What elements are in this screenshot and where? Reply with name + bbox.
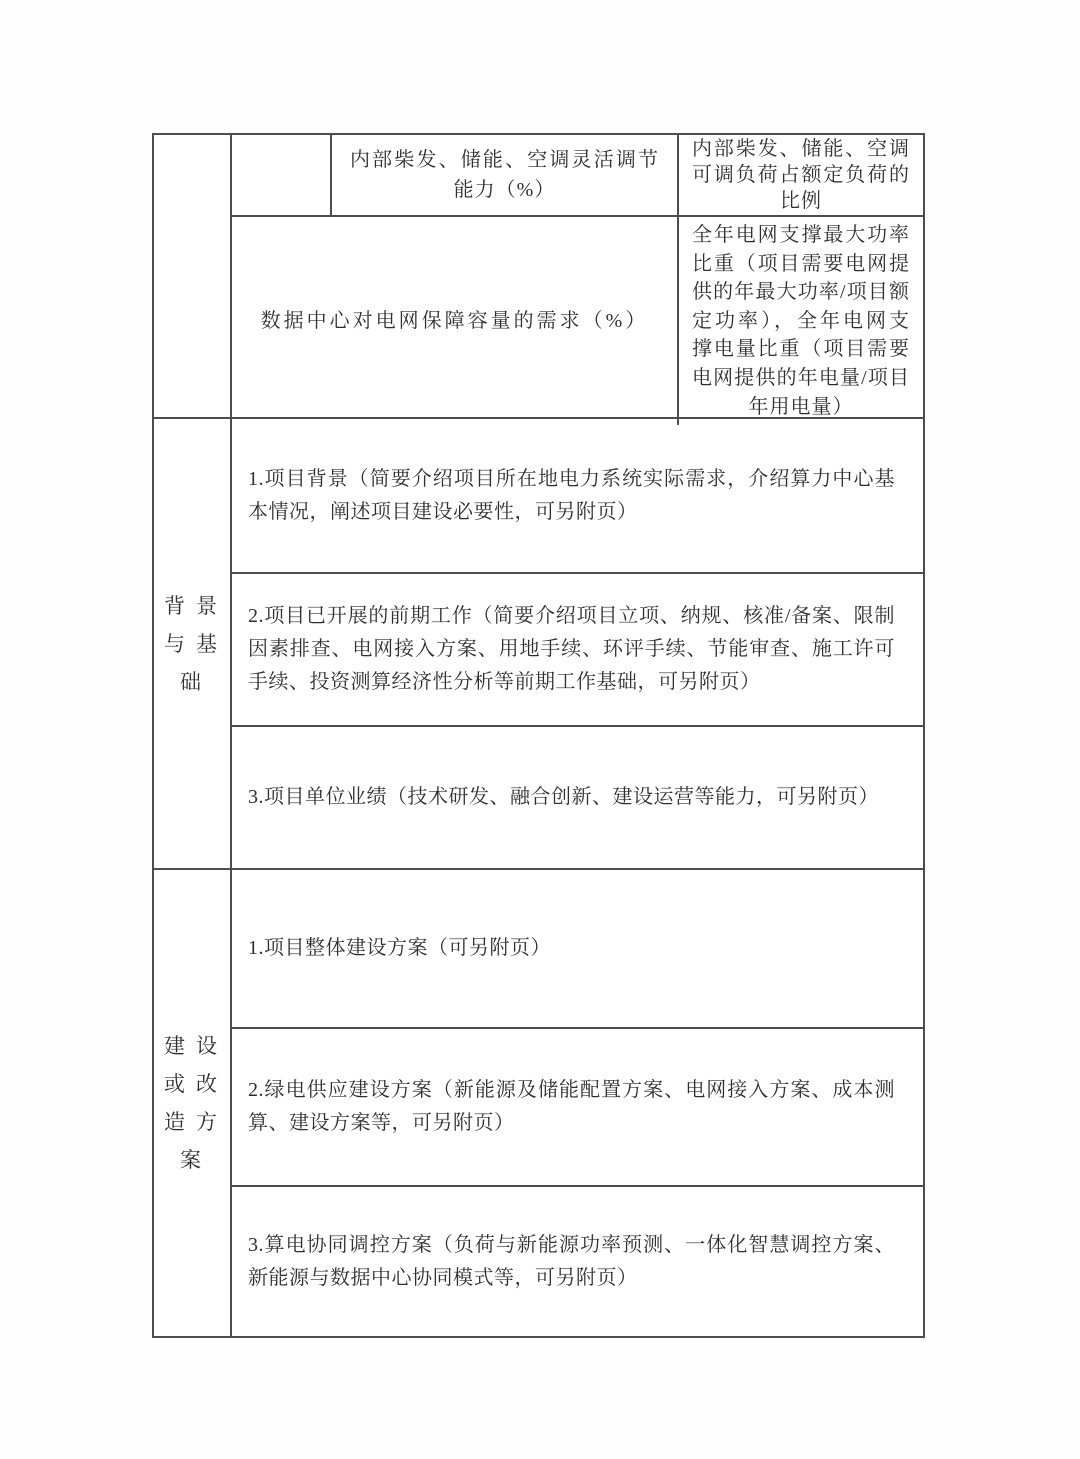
row-text: 2.项目已开展的前期工作（简要介绍项目立项、纳规、核准/备案、限制因素排查、电网… [248,600,895,699]
subcategory-empty-cell [232,135,332,215]
metric-definition-text: 内部柴发、储能、空调可调负荷占额定负荷的比例 [692,136,910,214]
metric-definition-cell: 内部柴发、储能、空调可调负荷占额定负荷的比例 [679,135,923,215]
band-indicators-content: 内部柴发、储能、空调灵活调节能力（%） 内部柴发、储能、空调可调负荷占额定负荷的… [232,135,923,417]
metric-definition-text: 全年电网支撑最大功率比重（项目需要电网提供的年最大功率/项目额定功率），全年电网… [692,221,910,421]
row-text: 3.项目单位业绩（技术研发、融合创新、建设运营等能力，可另附页） [248,781,895,814]
section-rows: 1.项目整体建设方案（可另附页） 2.绿电供应建设方案（新能源及储能配置方案、电… [232,870,923,1336]
band-construction-plan: 建设或改造方案 1.项目整体建设方案（可另附页） 2.绿电供应建设方案（新能源及… [154,868,923,1336]
section-row-project-background: 1.项目背景（简要介绍项目所在地电力系统实际需求，介绍算力中心基本情况，阐述项目… [232,419,923,572]
band-background-basis: 背景与基础 1.项目背景（简要介绍项目所在地电力系统实际需求，介绍算力中心基本情… [154,417,923,868]
section-header-empty-cell [154,135,232,417]
indicator-row-grid-capacity: 数据中心对电网保障容量的需求（%） 全年电网支撑最大功率比重（项目需要电网提供的… [232,217,923,425]
section-row-preliminary-work: 2.项目已开展的前期工作（简要介绍项目立项、纳规、核准/备案、限制因素排查、电网… [232,572,923,725]
metric-label-cell: 内部柴发、储能、空调灵活调节能力（%） [332,135,679,215]
section-row-green-power-plan: 2.绿电供应建设方案（新能源及储能配置方案、电网接入方案、成本测算、建设方案等，… [232,1027,923,1185]
metric-definition-cell: 全年电网支撑最大功率比重（项目需要电网提供的年最大功率/项目额定功率），全年电网… [679,217,923,425]
metric-label-text: 内部柴发、储能、空调灵活调节能力（%） [350,145,659,205]
document-page: 内部柴发、储能、空调灵活调节能力（%） 内部柴发、储能、空调可调负荷占额定负荷的… [0,0,1080,1459]
row-text: 2.绿电供应建设方案（新能源及储能配置方案、电网接入方案、成本测算、建设方案等，… [248,1074,895,1140]
section-header-background-basis: 背景与基础 [154,419,232,868]
metric-label-cell: 数据中心对电网保障容量的需求（%） [232,217,679,425]
section-row-overall-plan: 1.项目整体建设方案（可另附页） [232,870,923,1027]
row-text: 3.算电协同调控方案（负荷与新能源功率预测、一体化智慧调控方案、新能源与数据中心… [248,1229,895,1295]
indicator-row-flex-adjust: 内部柴发、储能、空调灵活调节能力（%） 内部柴发、储能、空调可调负荷占额定负荷的… [232,135,923,217]
row-text: 1.项目整体建设方案（可另附页） [248,932,895,965]
section-row-coordination-plan: 3.算电协同调控方案（负荷与新能源功率预测、一体化智慧调控方案、新能源与数据中心… [232,1185,923,1336]
row-text: 1.项目背景（简要介绍项目所在地电力系统实际需求，介绍算力中心基本情况，阐述项目… [248,463,895,529]
band-indicators: 内部柴发、储能、空调灵活调节能力（%） 内部柴发、储能、空调可调负荷占额定负荷的… [154,135,923,417]
section-header-construction-plan: 建设或改造方案 [154,870,232,1336]
section-row-unit-performance: 3.项目单位业绩（技术研发、融合创新、建设运营等能力，可另附页） [232,725,923,868]
application-form-table: 内部柴发、储能、空调灵活调节能力（%） 内部柴发、储能、空调可调负荷占额定负荷的… [152,133,925,1338]
section-rows: 1.项目背景（简要介绍项目所在地电力系统实际需求，介绍算力中心基本情况，阐述项目… [232,419,923,868]
metric-label-text: 数据中心对电网保障容量的需求（%） [252,306,657,336]
